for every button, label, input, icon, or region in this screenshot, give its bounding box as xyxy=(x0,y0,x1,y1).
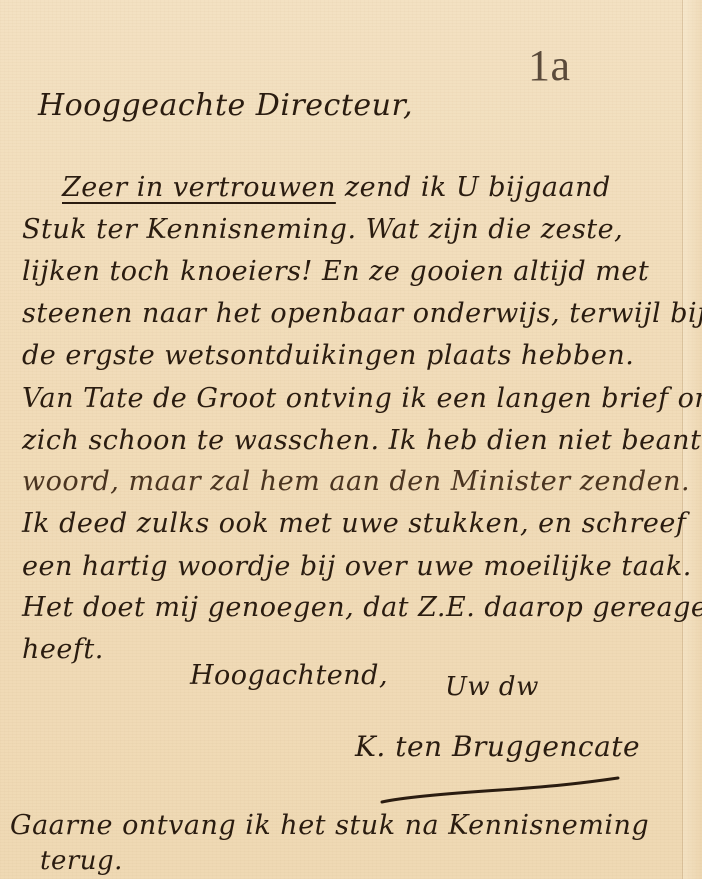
body-line-9: Ik deed zulks ook met uwe stukken, en sc… xyxy=(22,508,686,539)
body-line-2: Stuk ter Kennisneming. Wat zijn die zest… xyxy=(22,214,623,245)
body-line-1: Zeer in vertrouwen zend ik U bijgaand xyxy=(62,172,611,203)
signature: K. ten Bruggencate xyxy=(355,730,640,763)
body-line-5: de ergste wetsontduikingen plaats hebben… xyxy=(22,340,634,371)
body-line-12: heeft. xyxy=(22,634,104,665)
body-line-3: lijken toch knoeiers! En ze gooien altij… xyxy=(22,256,649,287)
letter-page: 1a Hooggeachte Directeur, Zeer in vertro… xyxy=(0,0,702,879)
emphasis-underlined: Zeer in vertrouwen xyxy=(62,172,336,203)
signature-flourish-icon xyxy=(380,776,620,806)
closing: Hoogachtend, xyxy=(190,660,388,691)
body-line-8: woord, maar zal hem aan den Minister zen… xyxy=(22,466,690,497)
body-line-6: Van Tate de Groot ontving ik een langen … xyxy=(22,383,702,414)
body-line-10: een hartig woordje bij over uwe moeilijk… xyxy=(22,551,692,582)
body-line-11: Het doet mij genoegen, dat Z.E. daarop g… xyxy=(22,592,702,623)
postscript-line-2: terug. xyxy=(40,846,123,876)
postscript-line-1: Gaarne ontvang ik het stuk na Kennisnemi… xyxy=(10,810,649,841)
body-line-7: zich schoon te wasschen. Ik heb dien nie… xyxy=(22,425,702,456)
closing-suffix: Uw dw xyxy=(445,672,539,702)
body-line-4: steenen naar het openbaar onderwijs, ter… xyxy=(22,298,702,329)
body-line-1-rest: zend ik U bijgaand xyxy=(336,172,611,203)
salutation: Hooggeachte Directeur, xyxy=(38,88,413,123)
folio-mark: 1a xyxy=(528,40,571,91)
